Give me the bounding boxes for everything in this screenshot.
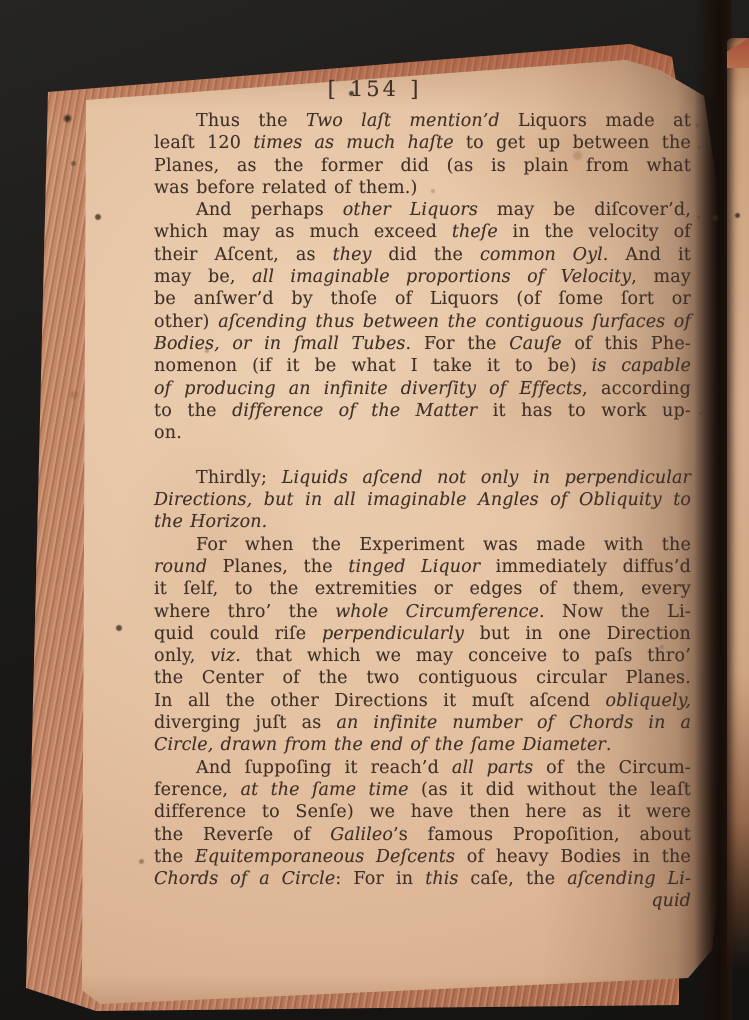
text-segment: Two laſt mention’d (306, 111, 500, 131)
text-line: Circle, drawn from the end of the ſame D… (154, 734, 691, 756)
text-segment: , may (631, 267, 691, 287)
text-segment: in the velocity of (498, 222, 691, 242)
text-line: the Reverſe of Galileo’s famous Propoſit… (154, 824, 691, 846)
text-line: Directions, but in all imaginable Angles… (154, 489, 691, 511)
text-segment: that which we may conceive to paſs thro’ (241, 646, 691, 666)
text-segment: Liquors made at (500, 111, 691, 131)
text-segment: Circle, drawn from the end of the ſame D… (154, 735, 606, 755)
text-segment: Planes, as the former did (as is plain f… (154, 156, 691, 176)
text-segment: aſcending thus between the contiguous ſu… (218, 312, 691, 332)
text-segment: Liquids aſcend not only in perpendicular (282, 468, 691, 488)
text-segment: aſcending Li- (567, 869, 691, 889)
text-segment: And perhaps (196, 200, 343, 220)
text-segment: tinged Liquor (348, 557, 480, 577)
text-segment: but in one Direction (464, 624, 691, 644)
text-segment: which may as much exceed (154, 222, 452, 242)
text-line: ference, at the ſame time (as it did wit… (154, 779, 691, 801)
text-segment: where thro’ the (154, 602, 335, 622)
text-line: For when the Experiment was made with th… (154, 534, 691, 556)
text-segment: (as it did without the leaſt (409, 780, 691, 800)
text-line: Thus the Two laſt mention’d Liquors made… (154, 110, 691, 132)
text-segment: . For the (406, 334, 510, 354)
text-segment: other Liquors (343, 200, 478, 220)
text-segment: may be, (154, 267, 252, 287)
paragraph-5: And ſuppoſing it reach’d all parts of th… (154, 757, 691, 913)
text-line: be anſwer’d by thoſe of Liquors (of ſome… (154, 288, 691, 310)
facing-page-sliver (727, 38, 749, 968)
text-segment: an infinite number of Chords in a (337, 713, 692, 733)
text-segment: Thirdly; (196, 468, 282, 488)
text-line: Planes, as the former did (as is plain f… (154, 155, 691, 177)
text-lines: Thus the Two laſt mention’d Liquors made… (154, 110, 691, 913)
text-line: it ſelf, to the extremities or edges of … (154, 578, 691, 600)
text-line: round Planes, the tinged Liquor immediat… (154, 556, 691, 578)
text-line: difference to Senſe) we have then here a… (154, 801, 691, 823)
text-segment: quid could riſe (154, 624, 322, 644)
text-segment: For when the Experiment was made with th… (196, 535, 691, 555)
text-segment: immediately diffus’d (480, 557, 691, 577)
text-segment: Thus the (196, 111, 306, 131)
text-segment: to get up between the (454, 133, 691, 153)
text-line: quid could riſe perpendicularly but in o… (154, 623, 691, 645)
text-line: of producing an infinite diverſity of Ef… (154, 378, 691, 400)
paragraph-2: And perhaps other Liquors may be diſcove… (154, 199, 691, 444)
text-segment: the Center of the two contiguous circula… (154, 668, 691, 688)
text-segment: theſe (452, 222, 498, 242)
facing-page-red-edge (727, 38, 749, 68)
book-photograph: [ 154 ] Thus the Two laſt mention’d Liqu… (0, 0, 749, 1020)
text-segment: did the (372, 245, 480, 265)
page-number-header: [ 154 ] (106, 78, 643, 110)
text-line: was before related of them.) (154, 177, 691, 199)
text-segment: the (154, 847, 195, 867)
text-line: Bodies, or in ſmall Tubes. For the Cauſe… (154, 333, 691, 355)
text-segment: of this Phe- (562, 334, 691, 354)
text-segment: all imaginable proportions of Velocity (252, 267, 631, 287)
text-segment: Galileo (330, 825, 393, 845)
text-line: diverging juſt as an infinite number of … (154, 712, 691, 734)
text-line: to the difference of the Matter it has t… (154, 400, 691, 422)
text-segment: viz. (210, 646, 241, 666)
page-text: [ 154 ] Thus the Two laſt mention’d Liqu… (154, 78, 691, 913)
text-segment: : For in (335, 869, 425, 889)
text-segment: the Horizon. (154, 512, 267, 532)
text-line: only, viz. that which we may conceive to… (154, 645, 691, 667)
text-line: the Center of the two contiguous circula… (154, 667, 691, 689)
text-segment: all parts (452, 758, 533, 778)
text-segment: Directions, but in all imaginable Angles… (154, 490, 691, 510)
paragraph-4: For when the Experiment was made with th… (154, 534, 691, 757)
text-segment: of producing an infinite diverſity of Ef… (154, 379, 582, 399)
text-segment: common Oyl (480, 245, 603, 265)
text-segment: times as much haſte (253, 133, 453, 153)
text-segment: their Aſcent, as (154, 245, 333, 265)
text-segment: is capable (592, 356, 691, 376)
text-segment: Chords of a Circle (154, 869, 335, 889)
text-segment: to the (154, 401, 232, 421)
text-segment: whole Circumference (335, 602, 539, 622)
text-line: may be, all imaginable proportions of Ve… (154, 266, 691, 288)
text-segment: Planes, the (207, 557, 348, 577)
text-segment: they (333, 245, 372, 265)
text-line: Chords of a Circle: For in this caſe, th… (154, 868, 691, 890)
text-segment: round (154, 557, 207, 577)
text-segment: caſe, the (458, 869, 567, 889)
text-segment: other) (154, 312, 218, 332)
text-segment: difference of the Matter (232, 401, 477, 421)
text-line: And ſuppoſing it reach’d all parts of th… (154, 757, 691, 779)
text-segment: And ſuppoſing it reach’d (196, 758, 452, 778)
paragraph-1: Thus the Two laſt mention’d Liquors made… (154, 110, 691, 199)
text-line: on. (154, 422, 691, 444)
text-segment: it ſelf, to the extremities or edges of … (154, 579, 691, 599)
text-segment: diverging juſt as (154, 713, 337, 733)
text-segment: Bodies, or in ſmall Tubes (154, 334, 406, 354)
text-segment: . Now the Li- (539, 602, 691, 622)
text-line: their Aſcent, as they did the common Oyl… (154, 244, 691, 266)
text-line: In all the other Directions it muſt aſce… (154, 690, 691, 712)
text-line: which may as much exceed theſe in the ve… (154, 221, 691, 243)
text-segment: obliquely, (606, 691, 691, 711)
text-segment: on. (154, 423, 182, 443)
text-segment: Cauſe (509, 334, 561, 354)
text-segment: ’s famous Propoſition, about (393, 825, 691, 845)
text-line: nomenon (if it be what I take it to be) … (154, 355, 691, 377)
text-segment: In all the other Directions it muſt aſce… (154, 691, 606, 711)
text-segment: only, (154, 646, 210, 666)
text-segment: it has to work up- (477, 401, 691, 421)
text-line: Thirdly; Liquids aſcend not only in perp… (154, 467, 691, 489)
text-line: leaſt 120 times as much haſte to get up … (154, 132, 691, 154)
text-line: And perhaps other Liquors may be diſcove… (154, 199, 691, 221)
text-segment: Equitemporaneous Deſcents (195, 847, 455, 867)
text-segment: may be diſcover’d, (478, 200, 691, 220)
text-segment: difference to Senſe) we have then here a… (154, 802, 691, 822)
text-line: the Equitemporaneous Deſcents of heavy B… (154, 846, 691, 868)
text-segment: of heavy Bodies in the (455, 847, 691, 867)
text-line: the Horizon. (154, 511, 691, 533)
text-segment: quid (651, 891, 691, 911)
text-segment: . And it (603, 245, 691, 265)
paragraph-3: Thirdly; Liquids aſcend not only in perp… (154, 467, 691, 534)
text-segment: . (606, 735, 612, 755)
text-segment: perpendicularly (322, 624, 464, 644)
text-segment: , according (582, 379, 691, 399)
text-line: where thro’ the whole Circumference. Now… (154, 601, 691, 623)
text-segment: at the ſame time (241, 780, 409, 800)
text-segment: nomenon (if it be what I take it to be) (154, 356, 592, 376)
text-segment: was before related of them.) (154, 178, 418, 198)
text-segment: ference, (154, 780, 241, 800)
text-segment: leaſt 120 (154, 133, 253, 153)
text-line: other) aſcending thus between the contig… (154, 311, 691, 333)
text-segment: of the Circum- (533, 758, 691, 778)
text-segment: this (425, 869, 458, 889)
text-segment: the Reverſe of (154, 825, 330, 845)
catchword: quid (154, 890, 691, 912)
text-segment: be anſwer’d by thoſe of Liquors (of ſome… (154, 289, 691, 309)
